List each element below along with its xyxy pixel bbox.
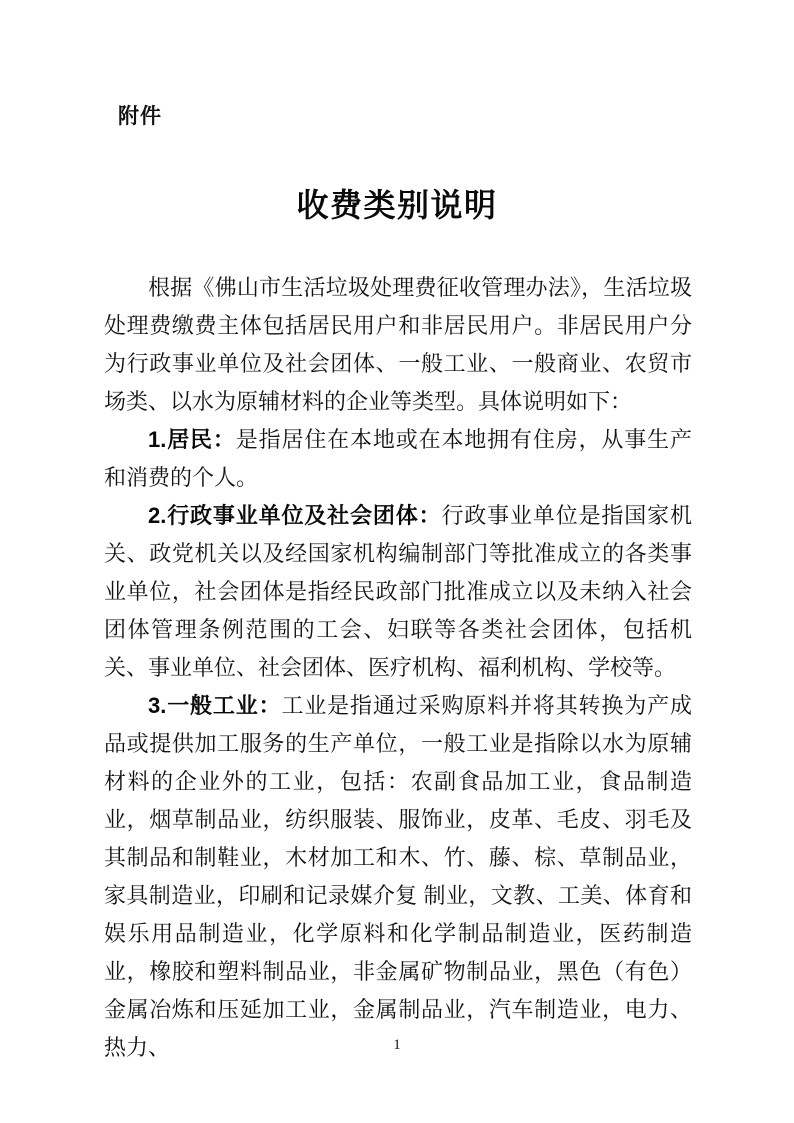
paragraph-label: 3.一般工业： — [148, 693, 281, 718]
page-title: 收费类别说明 — [0, 180, 794, 226]
page-number: 1 — [0, 1037, 794, 1054]
attachment-label: 附件 — [118, 100, 162, 130]
document-page: 附件 收费类别说明 根据《佛山市生活垃圾处理费征收管理办法》，生活垃圾处理费缴费… — [0, 0, 794, 1123]
paragraph-general-industry: 3.一般工业：工业是指通过采购原料并将其转换为产成品或提供加工服务的生产单位，一… — [104, 687, 692, 1067]
paragraph-text: 行政事业单位是指国家机关、政党机关以及经国家机构编制部门等批准成立的各类事业单位… — [104, 503, 692, 680]
paragraph-residents: 1.居民：是指居住在本地或在本地拥有住房，从事生产和消费的个人。 — [104, 421, 692, 497]
paragraph-label: 2.行政事业单位及社会团体： — [148, 503, 441, 528]
paragraph-text: 工业是指通过采购原料并将其转换为产成品或提供加工服务的生产单位，一般工业是指除以… — [104, 693, 692, 1060]
paragraph-text: 根据《佛山市生活垃圾处理费征收管理办法》，生活垃圾处理费缴费主体包括居民用户和非… — [104, 275, 692, 414]
paragraph-label: 1.居民： — [148, 427, 236, 452]
paragraph-intro: 根据《佛山市生活垃圾处理费征收管理办法》，生活垃圾处理费缴费主体包括居民用户和非… — [104, 269, 692, 421]
document-body: 根据《佛山市生活垃圾处理费征收管理办法》，生活垃圾处理费缴费主体包括居民用户和非… — [104, 269, 692, 1067]
paragraph-admin-units: 2.行政事业单位及社会团体：行政事业单位是指国家机关、政党机关以及经国家机构编制… — [104, 497, 692, 687]
